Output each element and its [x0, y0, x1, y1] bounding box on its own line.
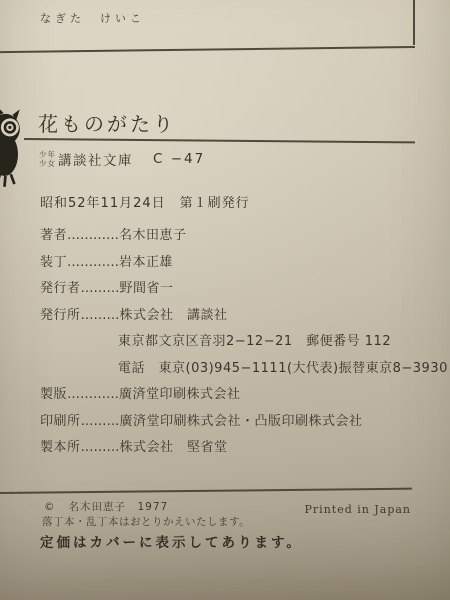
owl-logo-icon	[0, 107, 27, 191]
series-code: C −47	[153, 151, 205, 167]
printed-in-japan: Printed in Japan	[305, 503, 411, 516]
colophon-list: 著者…………名木田恵子 装丁…………岩本正雄 発行者………野間省一 発行所…………	[40, 224, 430, 463]
colophon-page: なぎた けいこ 花ものがたり 少年 少女 講談社文庫 C −47 昭和52年11…	[0, 0, 450, 600]
book-title: 花ものがたり	[38, 108, 176, 137]
colophon-row-publisher-company: 発行所………株式会社 講談社	[40, 304, 430, 331]
edition-date-line: 昭和52年11月24日 第１刷発行	[40, 192, 250, 211]
price-notice: 定価はカバーに表示してあります。	[40, 531, 303, 551]
header-box-right-rule	[413, 0, 415, 45]
colophon-row-designer: 装丁…………岩本正雄	[40, 251, 430, 278]
copyright-icon: ©	[44, 501, 56, 513]
series-name: 講談社文庫	[58, 149, 133, 169]
returns-notice: 落丁本・乱丁本はおとりかえいたします。	[42, 514, 250, 529]
copyright-text: 名木田恵子 1977	[69, 501, 169, 513]
colophon-row-plate-making: 製版…………廣済堂印刷株式会社	[40, 383, 430, 410]
colophon-row-author: 著者…………名木田恵子	[40, 224, 430, 251]
header-box-bottom-rule	[0, 46, 415, 53]
author-kana-reading: なぎた けいこ	[40, 10, 145, 26]
series-audience-label: 少年 少女	[39, 150, 56, 168]
colophon-row-binder: 製本所………株式会社 堅省堂	[40, 436, 430, 463]
copyright-line: ©名木田恵子 1977	[44, 499, 168, 514]
colophon-row-publisher-person: 発行者………野間省一	[40, 277, 430, 304]
colophon-row-phone: 電話 東京(03)945−1111(大代表)振替東京8−3930	[40, 357, 430, 384]
footer-rule	[0, 488, 412, 494]
colophon-row-address: 東京都文京区音羽2−12−21 郵便番号 112	[40, 330, 430, 357]
series-line: 少年 少女 講談社文庫 C −47	[39, 149, 205, 169]
title-underline	[24, 138, 415, 143]
colophon-row-printer: 印刷所………廣済堂印刷株式会社・凸版印刷株式会社	[40, 410, 430, 437]
